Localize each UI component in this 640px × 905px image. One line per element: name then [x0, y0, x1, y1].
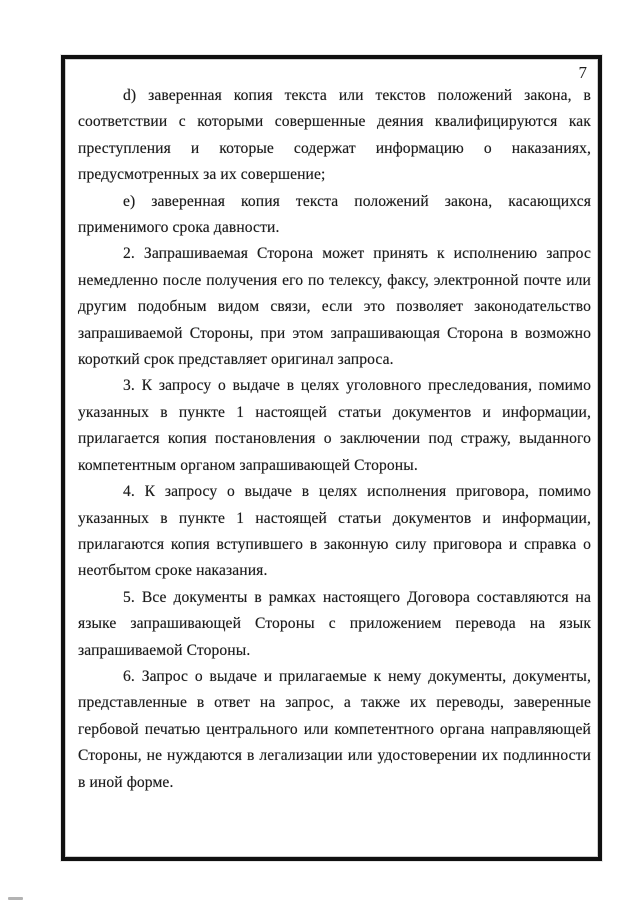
paragraph-e: e) заверенная копия текста положений зак… [78, 189, 591, 242]
scan-artifact-mark [8, 897, 23, 900]
paragraph-4: 4. К запросу о выдаче в целях исполнения… [78, 479, 591, 585]
paragraph-6: 6. Запрос о выдаче и прилагаемые к нему … [78, 664, 591, 796]
scanned-page: 7 d) заверенная копия текста или текстов… [0, 0, 640, 905]
paragraph-d: d) заверенная копия текста или текстов п… [78, 83, 591, 189]
paragraph-2: 2. Запрашиваемая Сторона может принять к… [78, 241, 591, 373]
document-body: d) заверенная копия текста или текстов п… [65, 59, 598, 796]
paragraph-3: 3. К запросу о выдаче в целях уголовного… [78, 373, 591, 479]
document-frame: 7 d) заверенная копия текста или текстов… [61, 55, 602, 861]
paragraph-5: 5. Все документы в рамках настоящего Дог… [78, 585, 591, 664]
